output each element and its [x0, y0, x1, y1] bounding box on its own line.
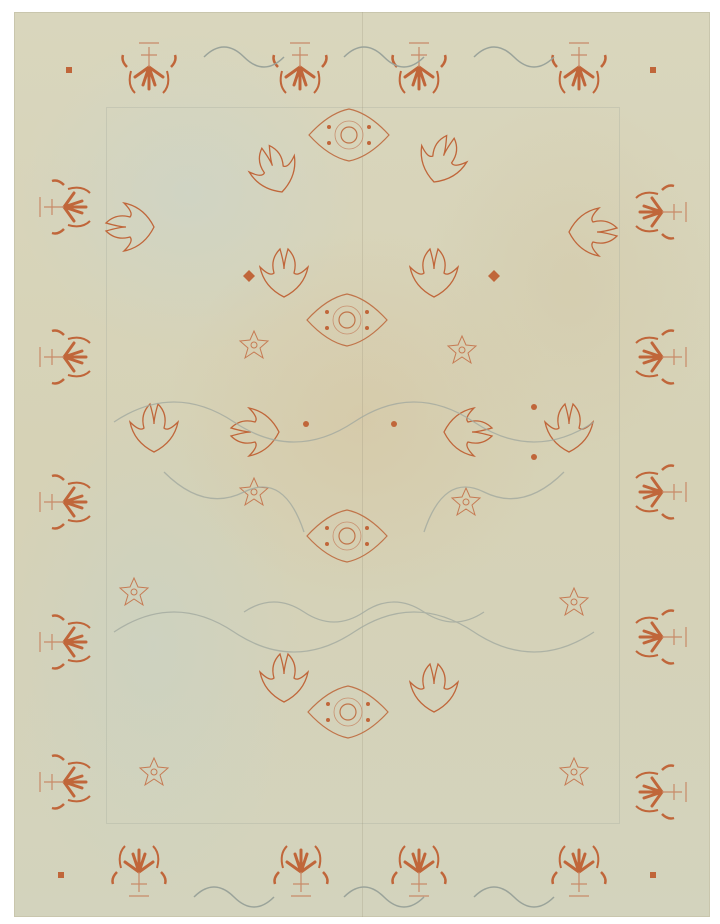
top-border-motifs [123, 43, 606, 93]
rug-pattern [14, 12, 710, 917]
bottom-border-motifs [113, 846, 606, 907]
right-border-motifs [636, 186, 686, 819]
central-medallions [307, 109, 389, 738]
left-border-motifs [40, 181, 90, 809]
rug [14, 12, 710, 917]
